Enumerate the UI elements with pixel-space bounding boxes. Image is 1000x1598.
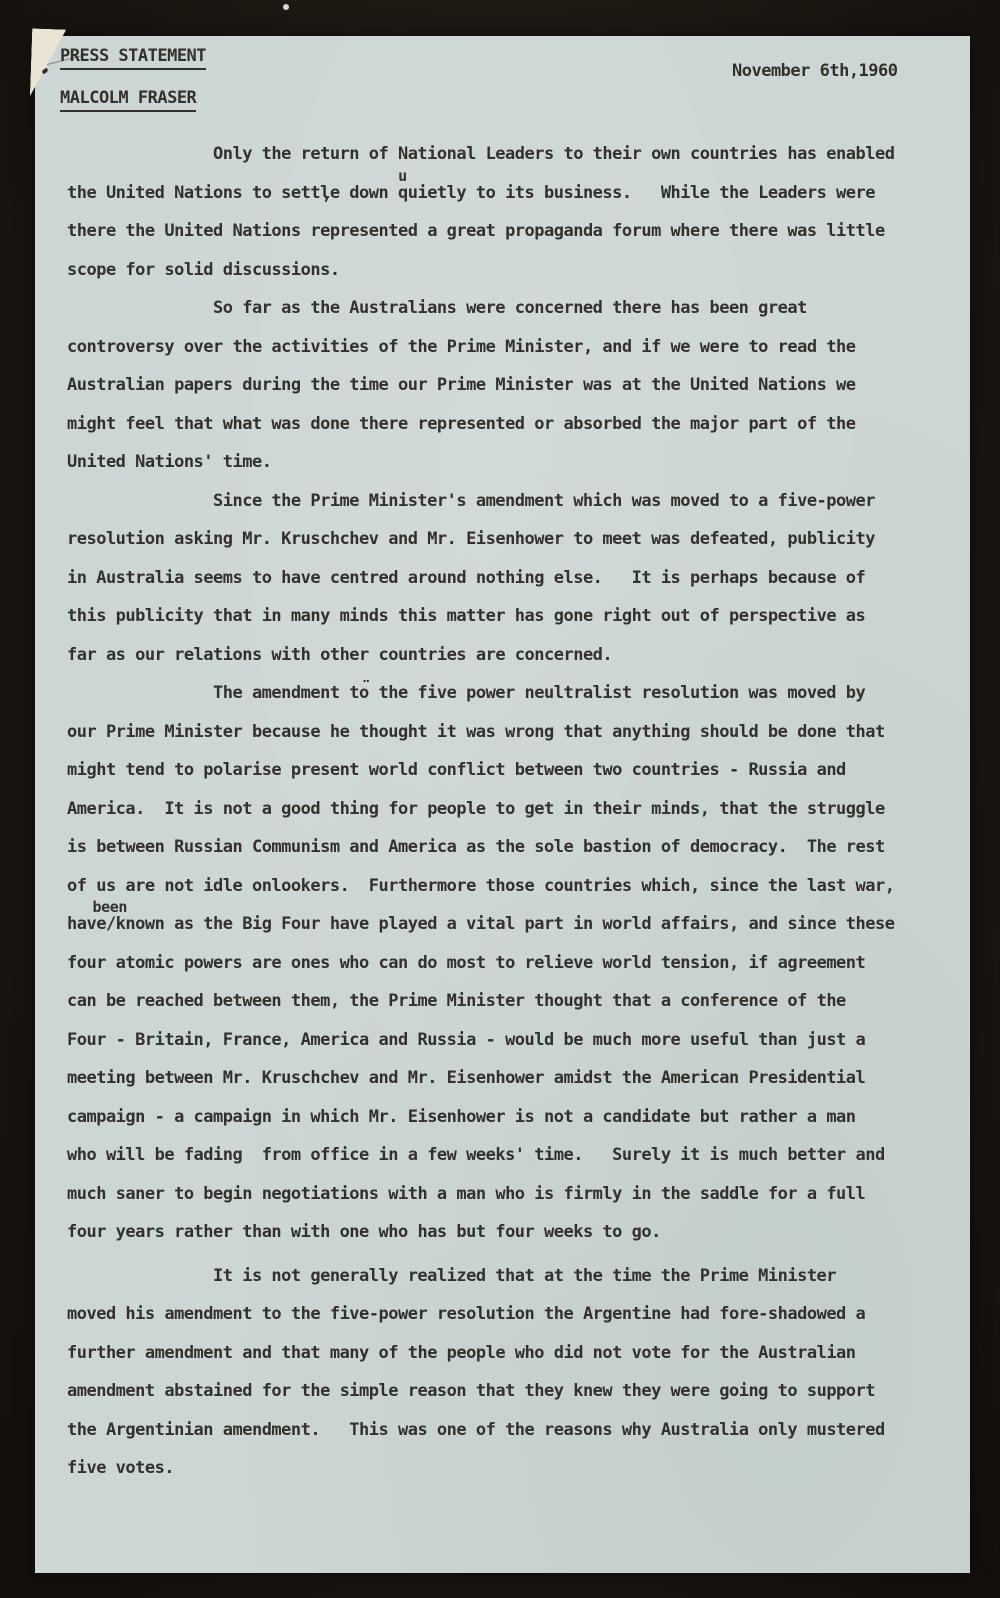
text-line: there the United Nations represented a g… [67,212,967,251]
text-line: might feel that what was done there repr… [67,405,967,444]
paragraph: It is not generally realized that at the… [67,1257,967,1488]
text-line: amendment abstained for the simple reaso… [67,1372,967,1411]
text-line: four atomic powers are ones who can do m… [67,944,967,983]
text-line: It is not generally realized that at the… [67,1257,967,1296]
text-line: America. It is not a good thing for peop… [67,790,967,829]
document-title: PRESS STATEMENT [60,48,206,70]
text-line: Australian papers during the time our Pr… [67,366,967,405]
text-line: meeting between Mr. Kruschchev and Mr. E… [67,1059,967,1098]
text-line: resolution asking Mr. Kruschchev and Mr.… [67,520,967,559]
text-line: the Argentinian amendment. This was one … [67,1411,967,1450]
text-line: controversy over the activities of the P… [67,328,967,367]
document-author: MALCOLM FRASER [60,90,196,112]
text-line: the United Nations to settle down quietl… [67,174,967,213]
text-line: of us are not idle onlookers. Furthermor… [67,867,967,906]
typed-correction: been [92,898,127,916]
document-date: November 6th,1960 [732,63,898,80]
text-line: in Australia seems to have centred aroun… [67,559,967,598]
text-line: have/known as the Big Four have played a… [67,905,967,944]
text-line: five votes. [67,1449,967,1488]
text-line: Four - Britain, France, America and Russ… [67,1021,967,1060]
dust-speck [283,4,289,10]
text-line: can be reached between them, the Prime M… [67,982,967,1021]
text-line: The amendment to the five power neultral… [67,674,967,713]
text-line: four years rather than with one who has … [67,1213,967,1252]
paragraph: Only the return of National Leaders to t… [67,135,967,289]
paragraph: The amendment to the five power neultral… [67,674,967,1252]
document-body: Only the return of National Leaders to t… [67,135,967,1488]
text-line: might tend to polarise present world con… [67,751,967,790]
text-line: far as our relations with other countrie… [67,636,967,675]
text-line: our Prime Minister because he thought it… [67,713,967,752]
typed-correction: u [398,167,407,185]
text-line: this publicity that in many minds this m… [67,597,967,636]
text-line: who will be fading from office in a few … [67,1136,967,1175]
text-line: scope for solid discussions. [67,251,967,290]
text-line: further amendment and that many of the p… [67,1334,967,1373]
photo-background: { "colors": { "background": "#201a15", "… [0,0,1000,1598]
text-line: Only the return of National Leaders to t… [67,135,967,174]
text-line: much saner to begin negotiations with a … [67,1175,967,1214]
text-line: is between Russian Communism and America… [67,828,967,867]
typed-correction: ¨ [361,678,371,698]
paragraph: Since the Prime Minister's amendment whi… [67,482,967,675]
text-line: United Nations' time. [67,443,967,482]
text-line: So far as the Australians were concerned… [67,289,967,328]
typed-correction: , [322,186,331,204]
document-page: PRESS STATEMENT MALCOLM FRASER November … [35,36,970,1573]
text-line: moved his amendment to the five-power re… [67,1295,967,1334]
paragraph: So far as the Australians were concerned… [67,289,967,482]
text-line: campaign - a campaign in which Mr. Eisen… [67,1098,967,1137]
text-line: Since the Prime Minister's amendment whi… [67,482,967,521]
ink-speck [41,68,48,74]
